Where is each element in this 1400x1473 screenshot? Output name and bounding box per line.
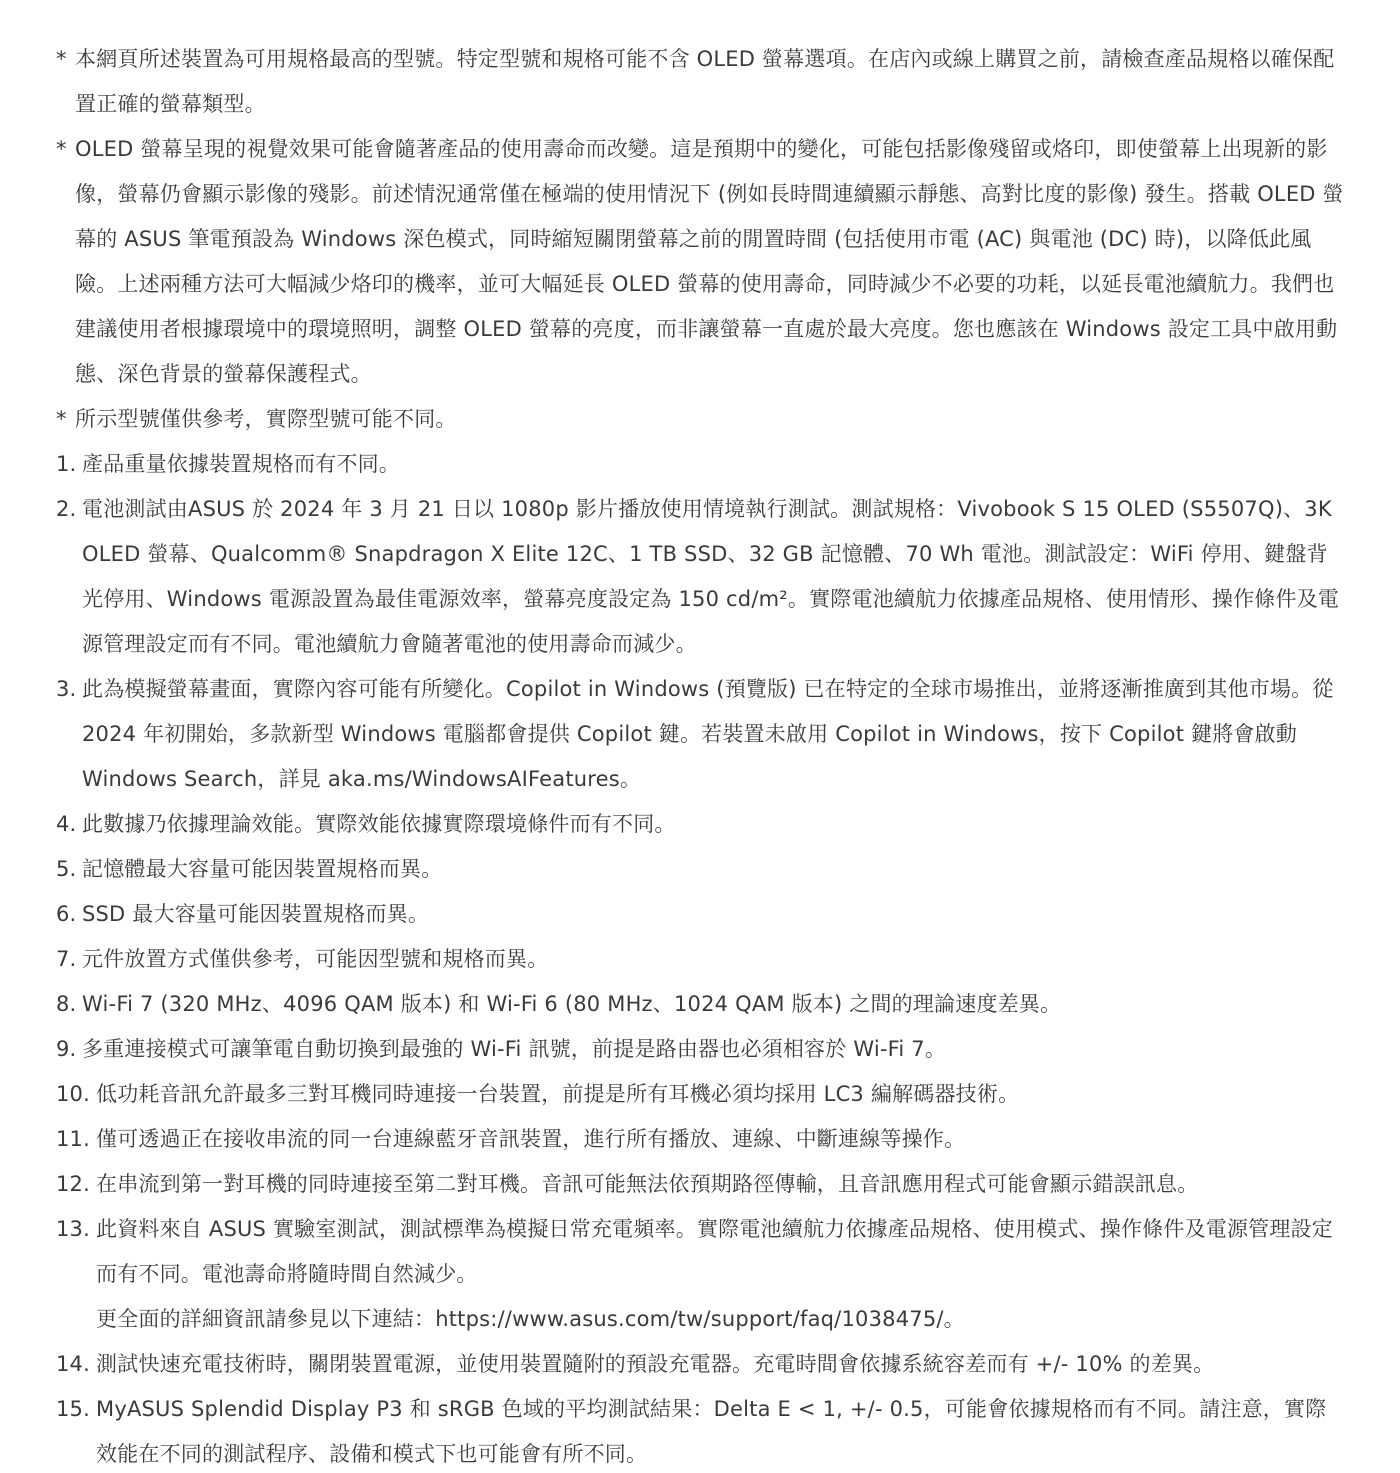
numbered-note: 12. 在串流到第一對耳機的同時連接至第二對耳機。音訊可能無法依預期路徑傳輸，且… [56, 1162, 1346, 1207]
asterisk-note: * 所示型號僅供參考，實際型號可能不同。 [56, 397, 1346, 442]
footnotes-section: * 本網頁所述裝置為可用規格最高的型號。特定型號和規格可能不含 OLED 螢幕選… [56, 37, 1346, 1473]
support-link-text[interactable]: 更全面的詳細資訊請參見以下連結：https://www.asus.com/tw/… [96, 1297, 1346, 1342]
note-text: 此為模擬螢幕畫面，實際內容可能有所變化。Copilot in Windows (… [82, 667, 1346, 802]
note-text: 此資料來自 ASUS 實驗室測試，測試標準為模擬日常充電頻率。實際電池續航力依據… [96, 1207, 1346, 1297]
note-number: 8. [56, 982, 82, 1027]
note-number: 4. [56, 802, 82, 847]
numbered-note: 3. 此為模擬螢幕畫面，實際內容可能有所變化。Copilot in Window… [56, 667, 1346, 802]
note-text: 電池測試由ASUS 於 2024 年 3 月 21 日以 1080p 影片播放使… [82, 487, 1346, 667]
note-marker: * [56, 127, 75, 172]
note-number: 12. [56, 1162, 96, 1207]
note-text: SSD 最大容量可能因裝置規格而異。 [82, 892, 1346, 937]
numbered-note: 10. 低功耗音訊允許最多三對耳機同時連接一台裝置，前提是所有耳機必須均採用 L… [56, 1072, 1346, 1117]
numbered-note: 8. Wi-Fi 7 (320 MHz、4096 QAM 版本) 和 Wi-Fi… [56, 982, 1346, 1027]
note-number: 7. [56, 937, 82, 982]
note-text: 多重連接模式可讓筆電自動切換到最強的 Wi-Fi 訊號，前提是路由器也必須相容於… [82, 1027, 1346, 1072]
note-text: 記憶體最大容量可能因裝置規格而異。 [82, 847, 1346, 892]
asterisk-note: * 本網頁所述裝置為可用規格最高的型號。特定型號和規格可能不含 OLED 螢幕選… [56, 37, 1346, 127]
numbered-note: 6. SSD 最大容量可能因裝置規格而異。 [56, 892, 1346, 937]
note-marker: * [56, 397, 75, 442]
numbered-note: 4. 此數據乃依據理論效能。實際效能依據實際環境條件而有不同。 [56, 802, 1346, 847]
note-body: 此資料來自 ASUS 實驗室測試，測試標準為模擬日常充電頻率。實際電池續航力依據… [96, 1207, 1346, 1342]
note-text: 低功耗音訊允許最多三對耳機同時連接一台裝置，前提是所有耳機必須均採用 LC3 編… [96, 1072, 1346, 1117]
note-number: 5. [56, 847, 82, 892]
note-number: 14. [56, 1342, 96, 1387]
note-text: 本網頁所述裝置為可用規格最高的型號。特定型號和規格可能不含 OLED 螢幕選項。… [75, 37, 1346, 127]
note-number: 15. [56, 1387, 96, 1432]
note-text: 測試快速充電技術時，關閉裝置電源，並使用裝置隨附的預設充電器。充電時間會依據系統… [96, 1342, 1346, 1387]
numbered-note: 14. 測試快速充電技術時，關閉裝置電源，並使用裝置隨附的預設充電器。充電時間會… [56, 1342, 1346, 1387]
numbered-note: 11. 僅可透過正在接收串流的同一台連線藍牙音訊裝置，進行所有播放、連線、中斷連… [56, 1117, 1346, 1162]
note-number: 10. [56, 1072, 96, 1117]
asterisk-note: * OLED 螢幕呈現的視覺效果可能會隨著產品的使用壽命而改變。這是預期中的變化… [56, 127, 1346, 397]
note-number: 1. [56, 442, 82, 487]
note-text: 所示型號僅供參考，實際型號可能不同。 [75, 397, 1346, 442]
note-text: 僅可透過正在接收串流的同一台連線藍牙音訊裝置，進行所有播放、連線、中斷連線等操作… [96, 1117, 1346, 1162]
note-number: 3. [56, 667, 82, 712]
note-number: 9. [56, 1027, 82, 1072]
note-number: 13. [56, 1207, 96, 1252]
note-text: Wi-Fi 7 (320 MHz、4096 QAM 版本) 和 Wi-Fi 6 … [82, 982, 1346, 1027]
note-text: 產品重量依據裝置規格而有不同。 [82, 442, 1346, 487]
numbered-note: 7. 元件放置方式僅供參考，可能因型號和規格而異。 [56, 937, 1346, 982]
numbered-note: 15. MyASUS Splendid Display P3 和 sRGB 色域… [56, 1387, 1346, 1473]
note-number: 11. [56, 1117, 96, 1162]
note-text: MyASUS Splendid Display P3 和 sRGB 色域的平均測… [96, 1387, 1346, 1473]
note-number: 2. [56, 487, 82, 532]
numbered-note: 5. 記憶體最大容量可能因裝置規格而異。 [56, 847, 1346, 892]
note-number: 6. [56, 892, 82, 937]
note-text: 此數據乃依據理論效能。實際效能依據實際環境條件而有不同。 [82, 802, 1346, 847]
note-text: 在串流到第一對耳機的同時連接至第二對耳機。音訊可能無法依預期路徑傳輸，且音訊應用… [96, 1162, 1346, 1207]
numbered-note: 13. 此資料來自 ASUS 實驗室測試，測試標準為模擬日常充電頻率。實際電池續… [56, 1207, 1346, 1342]
note-marker: * [56, 37, 75, 82]
note-text: OLED 螢幕呈現的視覺效果可能會隨著產品的使用壽命而改變。這是預期中的變化，可… [75, 127, 1346, 397]
numbered-note: 9. 多重連接模式可讓筆電自動切換到最強的 Wi-Fi 訊號，前提是路由器也必須… [56, 1027, 1346, 1072]
note-text: 元件放置方式僅供參考，可能因型號和規格而異。 [82, 937, 1346, 982]
numbered-note: 2. 電池測試由ASUS 於 2024 年 3 月 21 日以 1080p 影片… [56, 487, 1346, 667]
numbered-note: 1. 產品重量依據裝置規格而有不同。 [56, 442, 1346, 487]
